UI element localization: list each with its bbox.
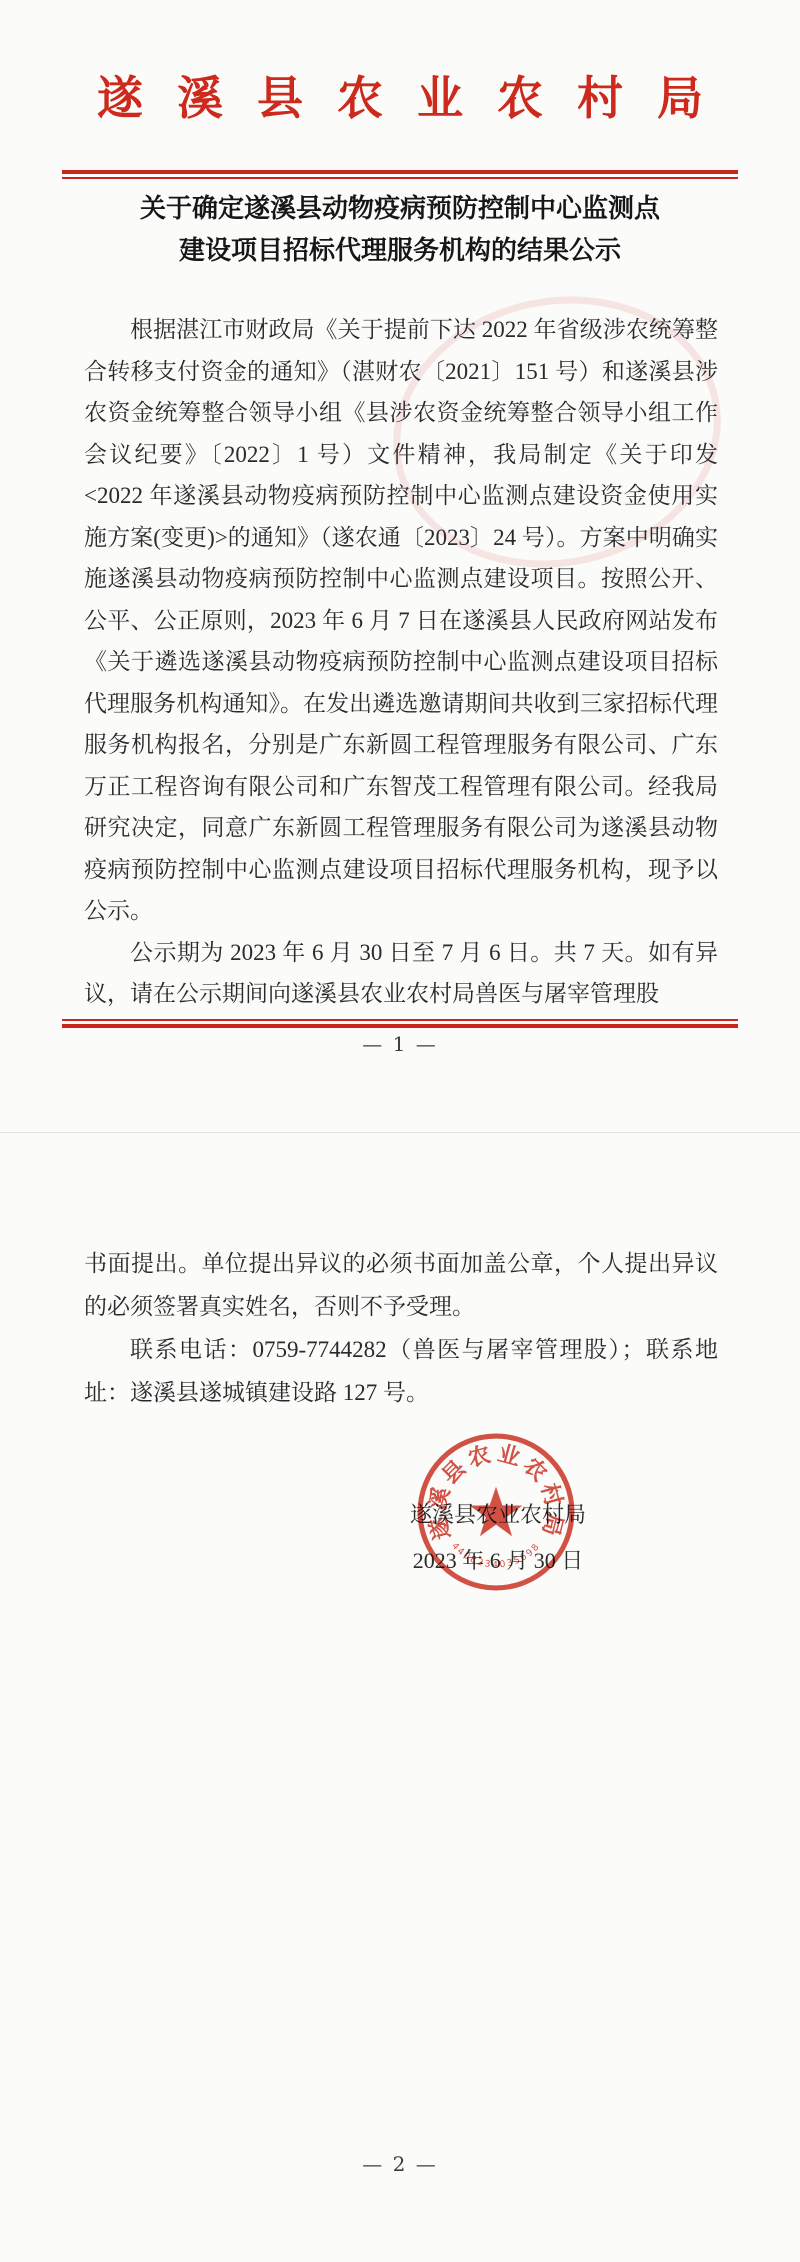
document-title-line2: 建设项目招标代理服务机构的结果公示 (60, 230, 740, 272)
issuing-org-header: 遂溪县农业农村局 (0, 62, 800, 128)
page1-body: 根据湛江市财政局《关于提前下达 2022 年省级涉农统筹整合转移支付资金的通知》… (84, 309, 718, 1015)
svg-text:4408234035698: 4408234035698 (449, 1541, 542, 1570)
footer-rule-thick (62, 1024, 738, 1028)
document-title: 关于确定遂溪县动物疫病预防控制中心监测点 建设项目招标代理服务机构的结果公示 (60, 188, 740, 272)
body-paragraph-2-continued: 书面提出。单位提出异议的必须书面加盖公章，个人提出异议的必须签署真实姓名，否则不… (84, 1242, 718, 1328)
header-rule-thin (62, 177, 738, 179)
page-separator (0, 1132, 800, 1133)
page2-body: 书面提出。单位提出异议的必须书面加盖公章，个人提出异议的必须签署真实姓名，否则不… (84, 1242, 718, 1414)
document-title-line1: 关于确定遂溪县动物疫病预防控制中心监测点 (60, 188, 740, 230)
seal-star-icon (470, 1487, 523, 1537)
body-paragraph-3-contact: 联系电话：0759-7744282（兽医与屠宰管理股）；联系地址：遂溪县遂城镇建… (84, 1328, 718, 1414)
seal-code-text: 4408234035698 (449, 1541, 542, 1570)
page1-page-number: — 1 — (0, 1032, 800, 1056)
page2-page-number: — 2 — (0, 2152, 800, 2176)
body-paragraph-2: 公示期为 2023 年 6 月 30 日至 7 月 6 日。共 7 天。如有异议… (84, 932, 718, 1015)
body-paragraph-1: 根据湛江市财政局《关于提前下达 2022 年省级涉农统筹整合转移支付资金的通知》… (84, 309, 718, 932)
official-red-seal: 遂溪县农业农村局 4408234035698 (414, 1430, 578, 1594)
scanned-document: 遂溪县农业农村局 关于确定遂溪县动物疫病预防控制中心监测点 建设项目招标代理服务… (0, 0, 800, 2262)
footer-double-rule (62, 1019, 738, 1028)
